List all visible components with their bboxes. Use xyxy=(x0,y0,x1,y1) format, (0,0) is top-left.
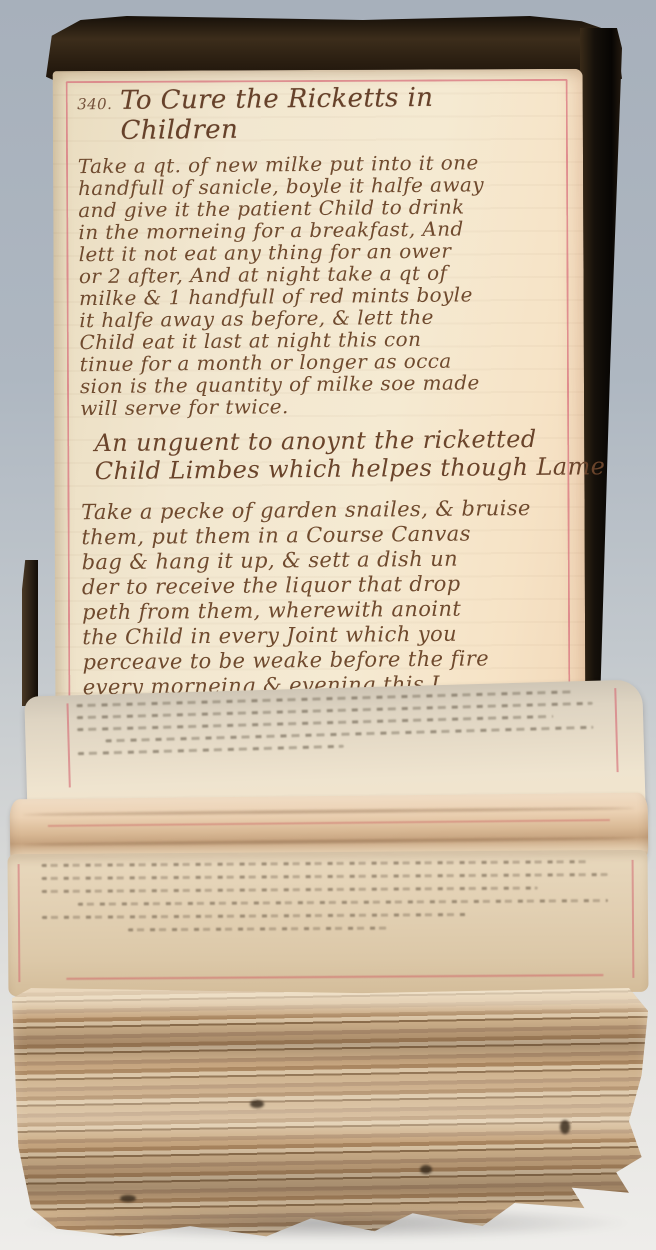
page-crease xyxy=(23,807,635,816)
fanned-page-faint-text xyxy=(8,850,649,996)
stain-blotch xyxy=(250,1100,264,1108)
faded-script-line xyxy=(78,745,344,755)
recipe1-text: Take a qt. of new milke put into it oneh… xyxy=(78,151,559,420)
stain-blotch xyxy=(120,1195,136,1202)
red-margin-line-right xyxy=(614,688,618,772)
book-cover-left-edge xyxy=(22,560,38,706)
red-margin-line-left xyxy=(66,703,70,787)
manuscript-line: Take a pecke of garden snailes, & bruise xyxy=(81,496,559,526)
red-margin-line-left xyxy=(18,864,21,982)
photo-of-manuscript-book: { "manuscript": { "page_number": "340.",… xyxy=(0,0,656,1250)
faded-script-line xyxy=(78,899,608,906)
recipe2-title-line2: Child Limbes which helpes though Lame xyxy=(95,453,559,485)
recipe2-title: An unguent to anoynt the ricketted Child… xyxy=(80,425,559,486)
stain-blotch xyxy=(560,1120,570,1134)
faded-script-line xyxy=(42,873,608,880)
recipe1-heading-row: 340. To Cure the Ricketts in Children xyxy=(77,82,556,147)
red-margin-line-horizontal xyxy=(66,974,604,980)
faded-script-line xyxy=(42,887,538,893)
book-shadow xyxy=(26,1206,626,1240)
book-cover-right-edge xyxy=(580,28,622,700)
faded-script-line xyxy=(128,927,388,932)
red-margin-line-right xyxy=(632,860,635,978)
faded-script-line xyxy=(42,913,468,919)
recipe1-title: To Cure the Ricketts in Children xyxy=(120,82,556,146)
manuscript-page: 340. To Cure the Ricketts in Children Ta… xyxy=(53,69,586,705)
manuscript-text-block: 340. To Cure the Ricketts in Children Ta… xyxy=(77,82,561,707)
page-number: 340. xyxy=(77,95,112,113)
manuscript-line: perceave to be weake before the fire xyxy=(82,646,560,676)
faded-script-line xyxy=(42,860,588,867)
red-margin-line-horizontal xyxy=(48,819,609,827)
page-crease xyxy=(23,837,635,846)
stain-blotch xyxy=(420,1165,432,1174)
recipe2-title-line1: An unguent to anoynt the ricketted xyxy=(94,425,558,457)
manuscript-line: will serve for twice. xyxy=(80,393,558,419)
